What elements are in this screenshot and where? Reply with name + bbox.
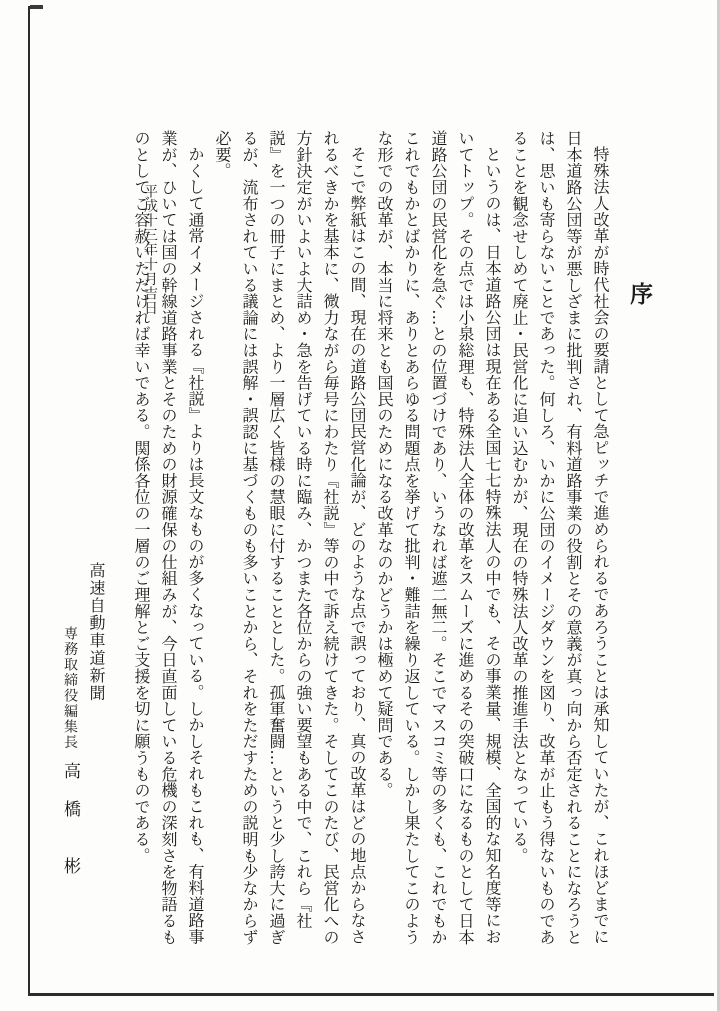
paragraph-2: というのは、日本道路公団は現在ある全国七七特殊法人の中でも、その事業量、規模、全… (371, 130, 506, 948)
scan-edge-bottom-line (28, 993, 714, 996)
signature-organization: 高速自動車道新聞 (85, 562, 108, 702)
signature-role: 専務取締役編集長 (62, 626, 78, 750)
signature-block: 専務取締役編集長高 橋 彬 (58, 626, 83, 876)
scan-edge-left-line (28, 6, 30, 994)
paragraph-3: そこで弊紙はこの間、現在の道路公団民営化論が、どのような点で誤っており、真の改革… (209, 130, 371, 948)
signature-name: 高 橋 彬 (60, 750, 80, 876)
date-line: 平成十三年十月吉日 (140, 184, 160, 315)
body-text: 特殊法人改革が時代社会の要請として急ピッチで進められるであろうことは承知していた… (152, 130, 614, 948)
scanned-document-page: 序 特殊法人改革が時代社会の要請として急ピッチで進められるであろうことは承知して… (0, 0, 720, 1011)
paragraph-1: 特殊法人改革が時代社会の要請として急ピッチで進められるであろうことは承知していた… (506, 130, 614, 948)
scan-corner-mark (30, 5, 43, 9)
page-title: 序 (623, 282, 656, 305)
